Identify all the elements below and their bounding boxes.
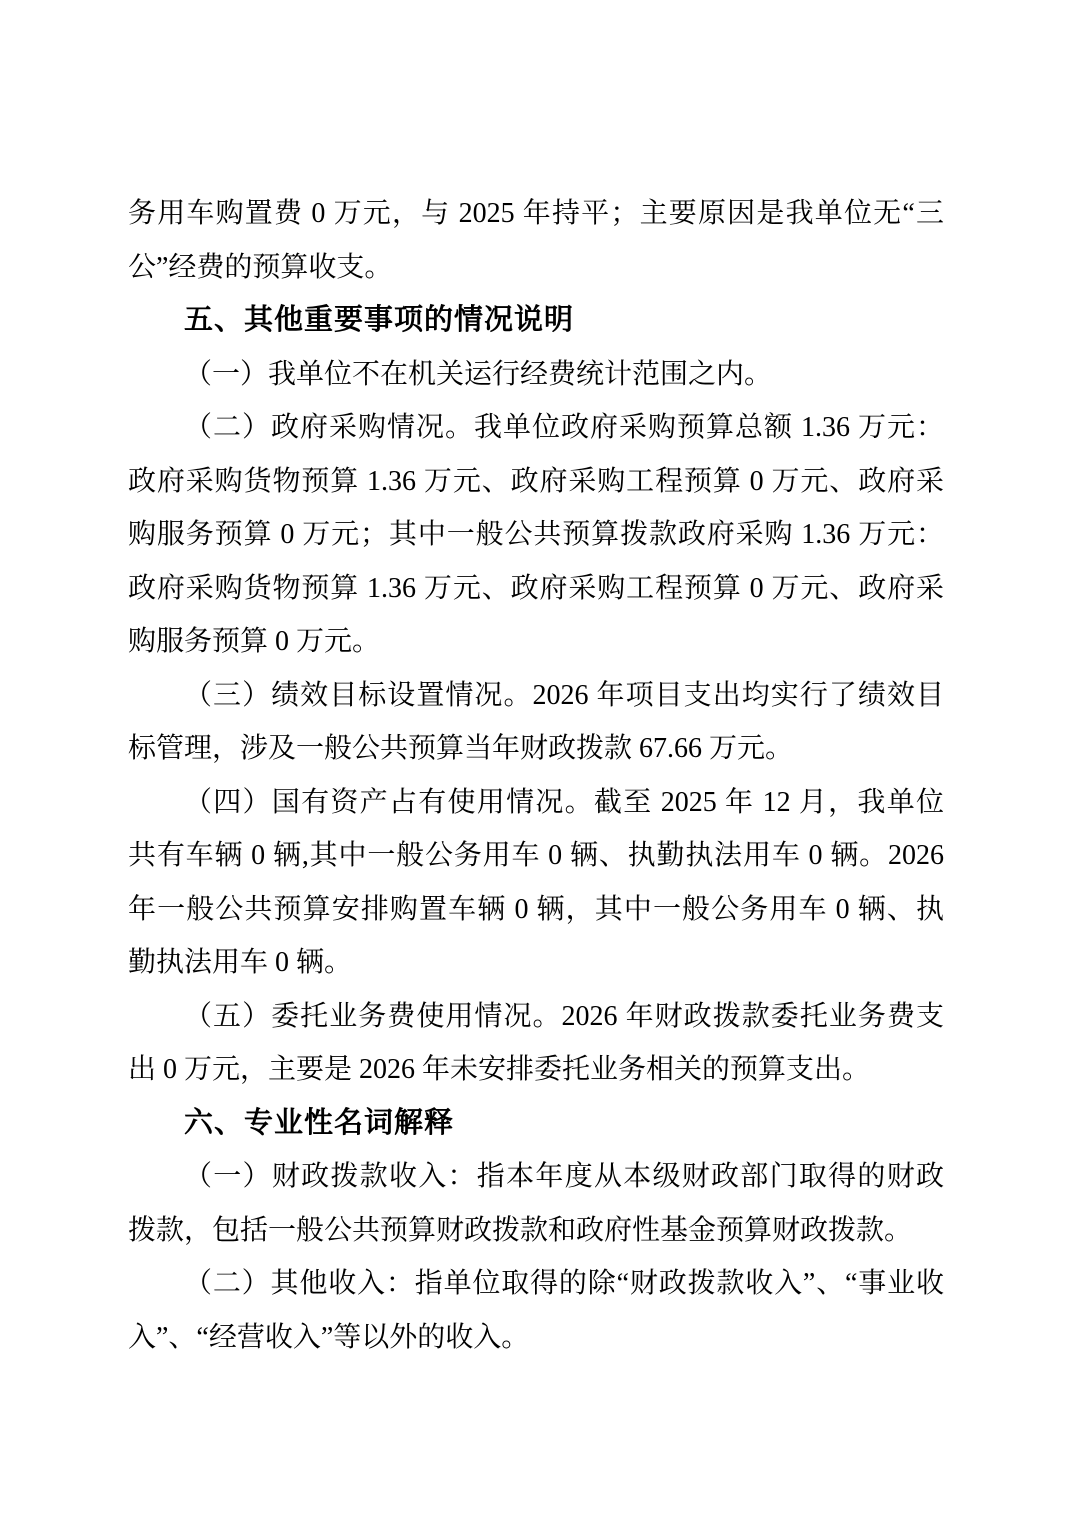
body-line-item5-entrusted-1: （五）委托业务费使用情况。2026 年财政拨款委托业务费支 (128, 990, 944, 1044)
body-line-item1-operating-funds: （一）我单位不在机关运行经费统计范围之内。 (128, 348, 944, 402)
document-page: 务用车购置费 0 万元，与 2025 年持平；主要原因是我单位无“三 公”经费的… (0, 0, 1074, 1520)
body-line-item2-procurement-4: 政府采购货物预算 1.36 万元、政府采购工程预算 0 万元、政府采 (128, 562, 944, 616)
body-line-item4-state-assets-4: 勤执法用车 0 辆。 (128, 936, 944, 990)
body-line-item4-state-assets-2: 共有车辆 0 辆,其中一般公务用车 0 辆、执勤执法用车 0 辆。2026 (128, 829, 944, 883)
body-line-item4-state-assets-1: （四）国有资产占有使用情况。截至 2025 年 12 月，我单位 (128, 776, 944, 830)
heading-section-5: 五、其他重要事项的情况说明 (128, 294, 944, 348)
body-line-term2-other-income-2: 入”、“经营收入”等以外的收入。 (128, 1311, 944, 1365)
body-line-term1-fiscal-income-2: 拨款，包括一般公共预算财政拨款和政府性基金预算财政拨款。 (128, 1204, 944, 1258)
body-line-car-fee-end: 公”经费的预算收支。 (128, 241, 944, 295)
body-line-item2-procurement-1: （二）政府采购情况。我单位政府采购预算总额 1.36 万元： (128, 401, 944, 455)
body-line-car-fee-cont: 务用车购置费 0 万元，与 2025 年持平；主要原因是我单位无“三 (128, 187, 944, 241)
body-line-item5-entrusted-2: 出 0 万元，主要是 2026 年未安排委托业务相关的预算支出。 (128, 1043, 944, 1097)
heading-section-6: 六、专业性名词解释 (128, 1097, 944, 1151)
body-line-item2-procurement-3: 购服务预算 0 万元；其中一般公共预算拨款政府采购 1.36 万元： (128, 508, 944, 562)
text-block: 务用车购置费 0 万元，与 2025 年持平；主要原因是我单位无“三 公”经费的… (128, 187, 944, 1364)
body-line-item3-performance-2: 标管理，涉及一般公共预算当年财政拨款 67.66 万元。 (128, 722, 944, 776)
body-line-item3-performance-1: （三）绩效目标设置情况。2026 年项目支出均实行了绩效目 (128, 669, 944, 723)
body-line-item2-procurement-2: 政府采购货物预算 1.36 万元、政府采购工程预算 0 万元、政府采 (128, 455, 944, 509)
body-line-term2-other-income-1: （二）其他收入：指单位取得的除“财政拨款收入”、“事业收 (128, 1257, 944, 1311)
body-line-item4-state-assets-3: 年一般公共预算安排购置车辆 0 辆，其中一般公务用车 0 辆、执 (128, 883, 944, 937)
body-line-item2-procurement-5: 购服务预算 0 万元。 (128, 615, 944, 669)
body-line-term1-fiscal-income-1: （一）财政拨款收入：指本年度从本级财政部门取得的财政 (128, 1150, 944, 1204)
